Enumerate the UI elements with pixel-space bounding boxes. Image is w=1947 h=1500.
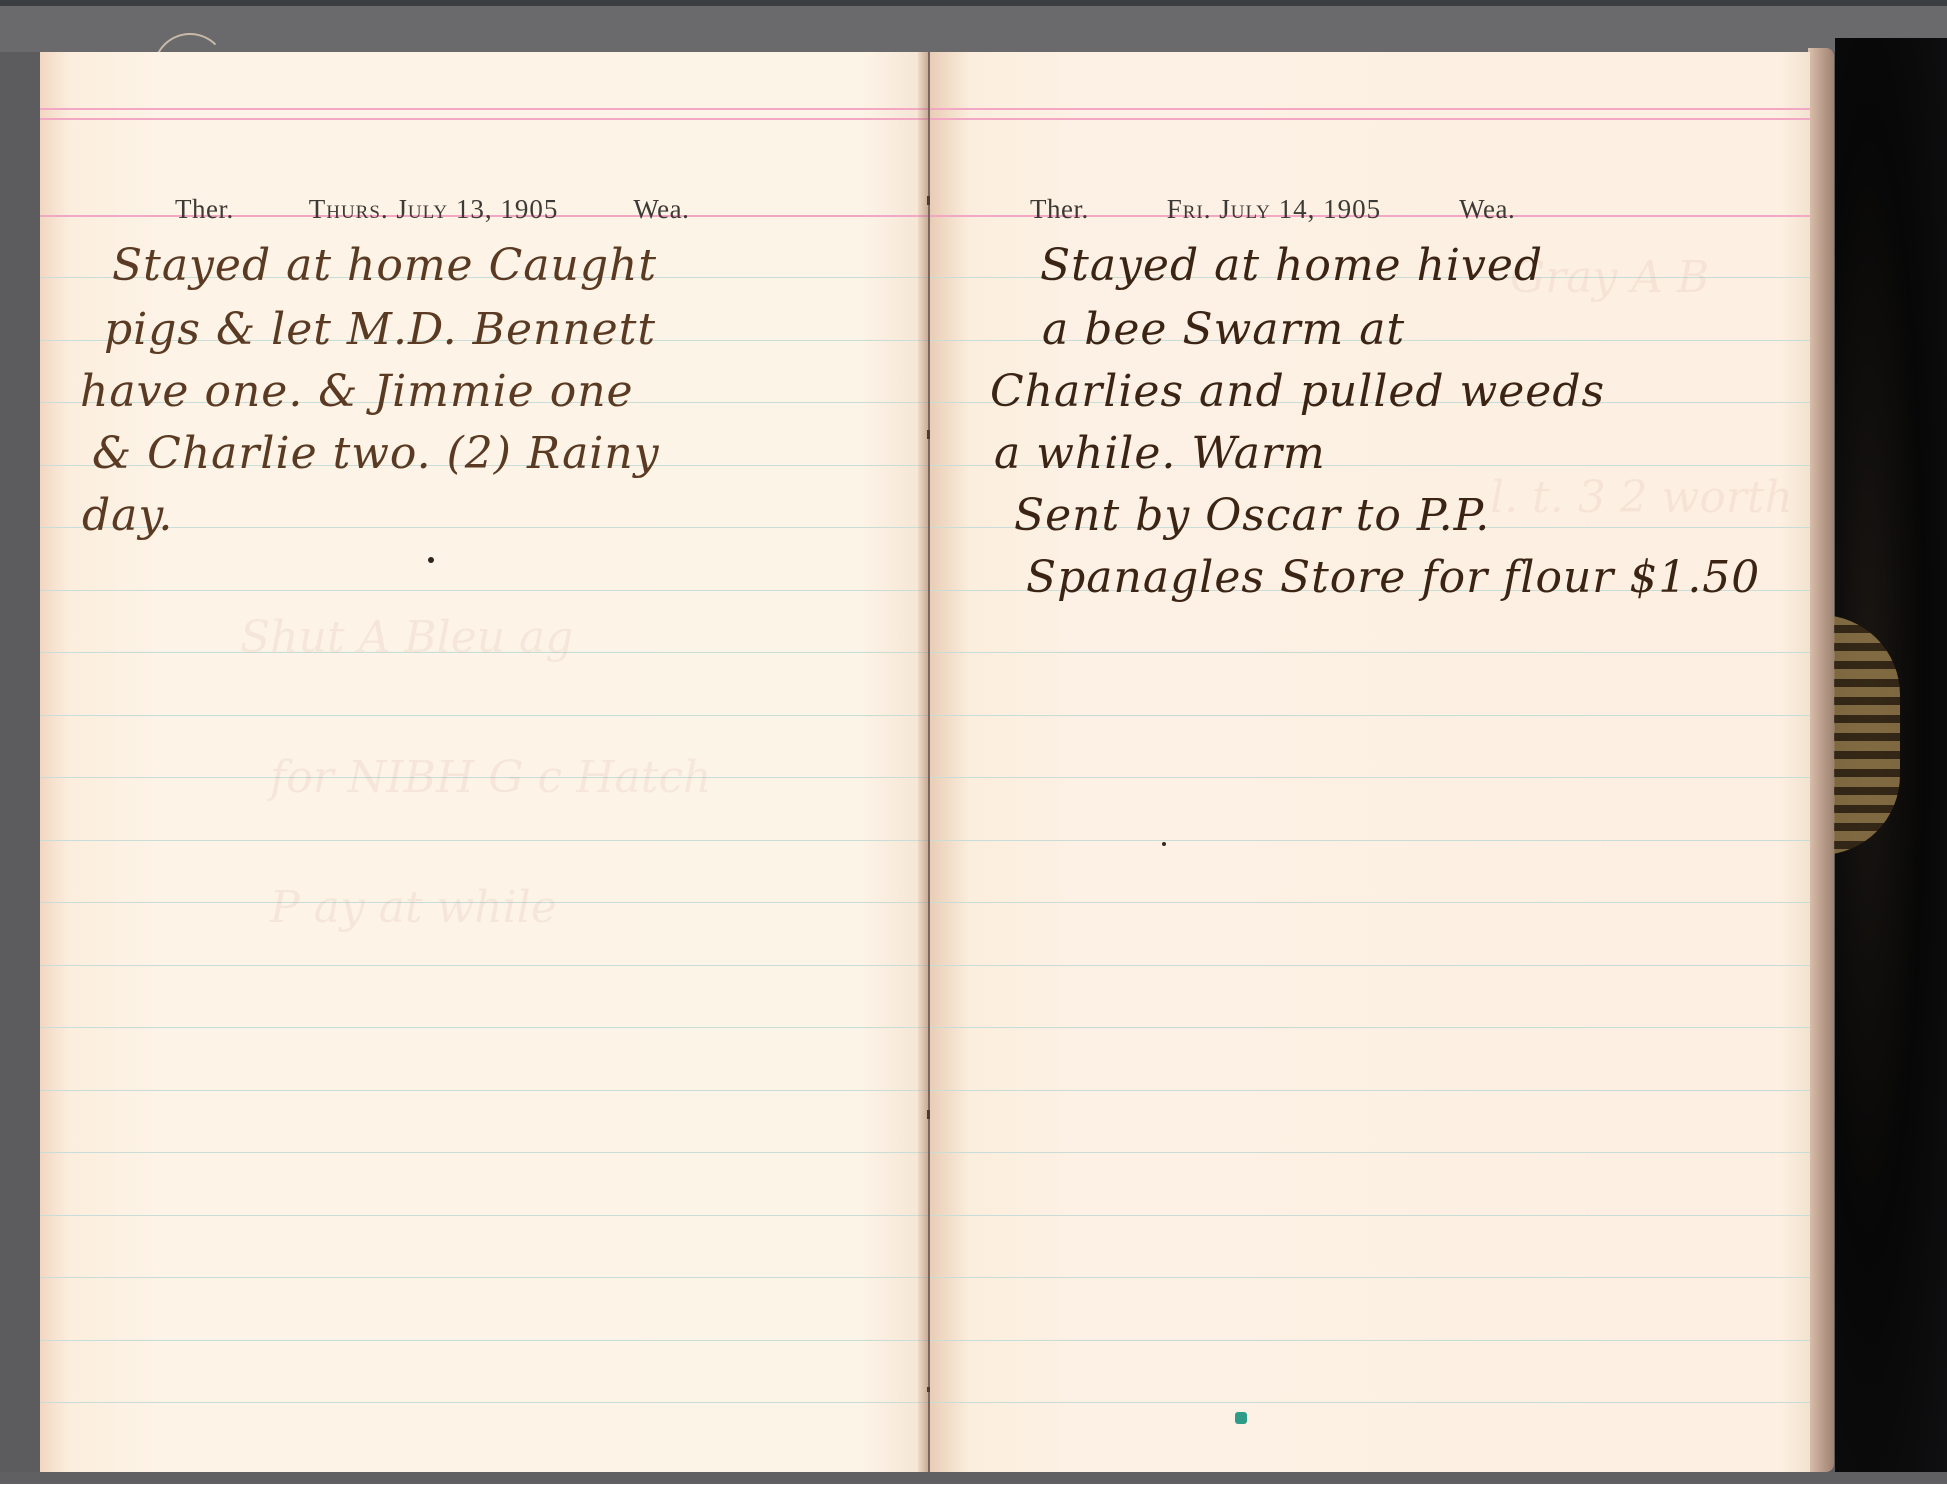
entry-line: day. [82,490,173,541]
thermometer-label: Ther. [1030,194,1089,225]
entry-line: Charlies and pulled weeds [990,366,1605,417]
ruled-line [930,1277,1810,1278]
ruled-line [40,1090,928,1091]
right-page-header: Ther. Fri. July 14, 1905 Wea. [1030,194,1515,234]
ruled-line [930,1215,1810,1216]
ruled-line [40,715,928,716]
entry-line: & Charlie two. (2) Rainy [92,428,660,479]
ruled-line [40,1215,928,1216]
ruled-line [40,965,928,966]
ruled-line [930,652,1810,653]
ruled-line [40,1277,928,1278]
scan-margin [0,1484,1947,1500]
ruled-line [930,902,1810,903]
ruled-line [40,590,928,591]
ruled-line [930,777,1810,778]
ruled-line [930,1027,1810,1028]
scanner-top-edge [0,0,1947,52]
page-fore-edge [1808,48,1834,1472]
ruled-line [40,1340,928,1341]
header-rule-top [40,108,928,110]
date-heading: Fri. July 14, 1905 [1167,194,1381,225]
entry-line: pigs & let M.D. Bennett [104,304,656,355]
ruled-line [40,840,928,841]
ink-dot [428,557,434,563]
left-page-header: Ther. Thurs. July 13, 1905 Wea. [175,194,689,234]
bleed-through-text: P ay at while [270,882,557,933]
bleed-through-text: Shut A Bleu ag [240,612,573,663]
ruled-line [930,840,1810,841]
ink-dot [1162,842,1166,846]
ruled-line [930,965,1810,966]
ruled-line [930,1090,1810,1091]
ruled-line [40,1152,928,1153]
left-page: Ther. Thurs. July 13, 1905 Wea. Shut A B… [40,52,928,1472]
weather-label: Wea. [633,194,689,225]
header-rule-top-2 [930,118,1810,120]
date-heading: Thurs. July 13, 1905 [309,194,559,225]
ruled-line [40,1027,928,1028]
green-speck [1235,1412,1247,1424]
entry-line: Spanagles Store for flour $1.50 [1026,552,1760,603]
weather-label: Wea. [1459,194,1515,225]
entry-line: Stayed at home hived [1040,240,1543,291]
header-rule-top-2 [40,118,928,120]
entry-line: Stayed at home Caught [112,240,657,291]
entry-line: have one. & Jimmie one [80,366,634,417]
ruled-line [40,1402,928,1403]
bleed-through-text: l. t. 3 2 worth [1490,472,1793,523]
entry-line: a while. Warm [994,428,1326,479]
ruled-line [930,1340,1810,1341]
right-page: Ther. Fri. July 14, 1905 Wea. Gray A B l… [930,52,1810,1472]
bleed-through-text: for NIBH G c Hatch [270,752,711,803]
ruled-line [930,715,1810,716]
entry-line: a bee Swarm at [1042,304,1405,355]
thermometer-label: Ther. [175,194,234,225]
header-rule-top [930,108,1810,110]
ruled-line [930,1402,1810,1403]
ruled-line [930,1152,1810,1153]
entry-line: Sent by Oscar to P.P. [1014,490,1490,541]
